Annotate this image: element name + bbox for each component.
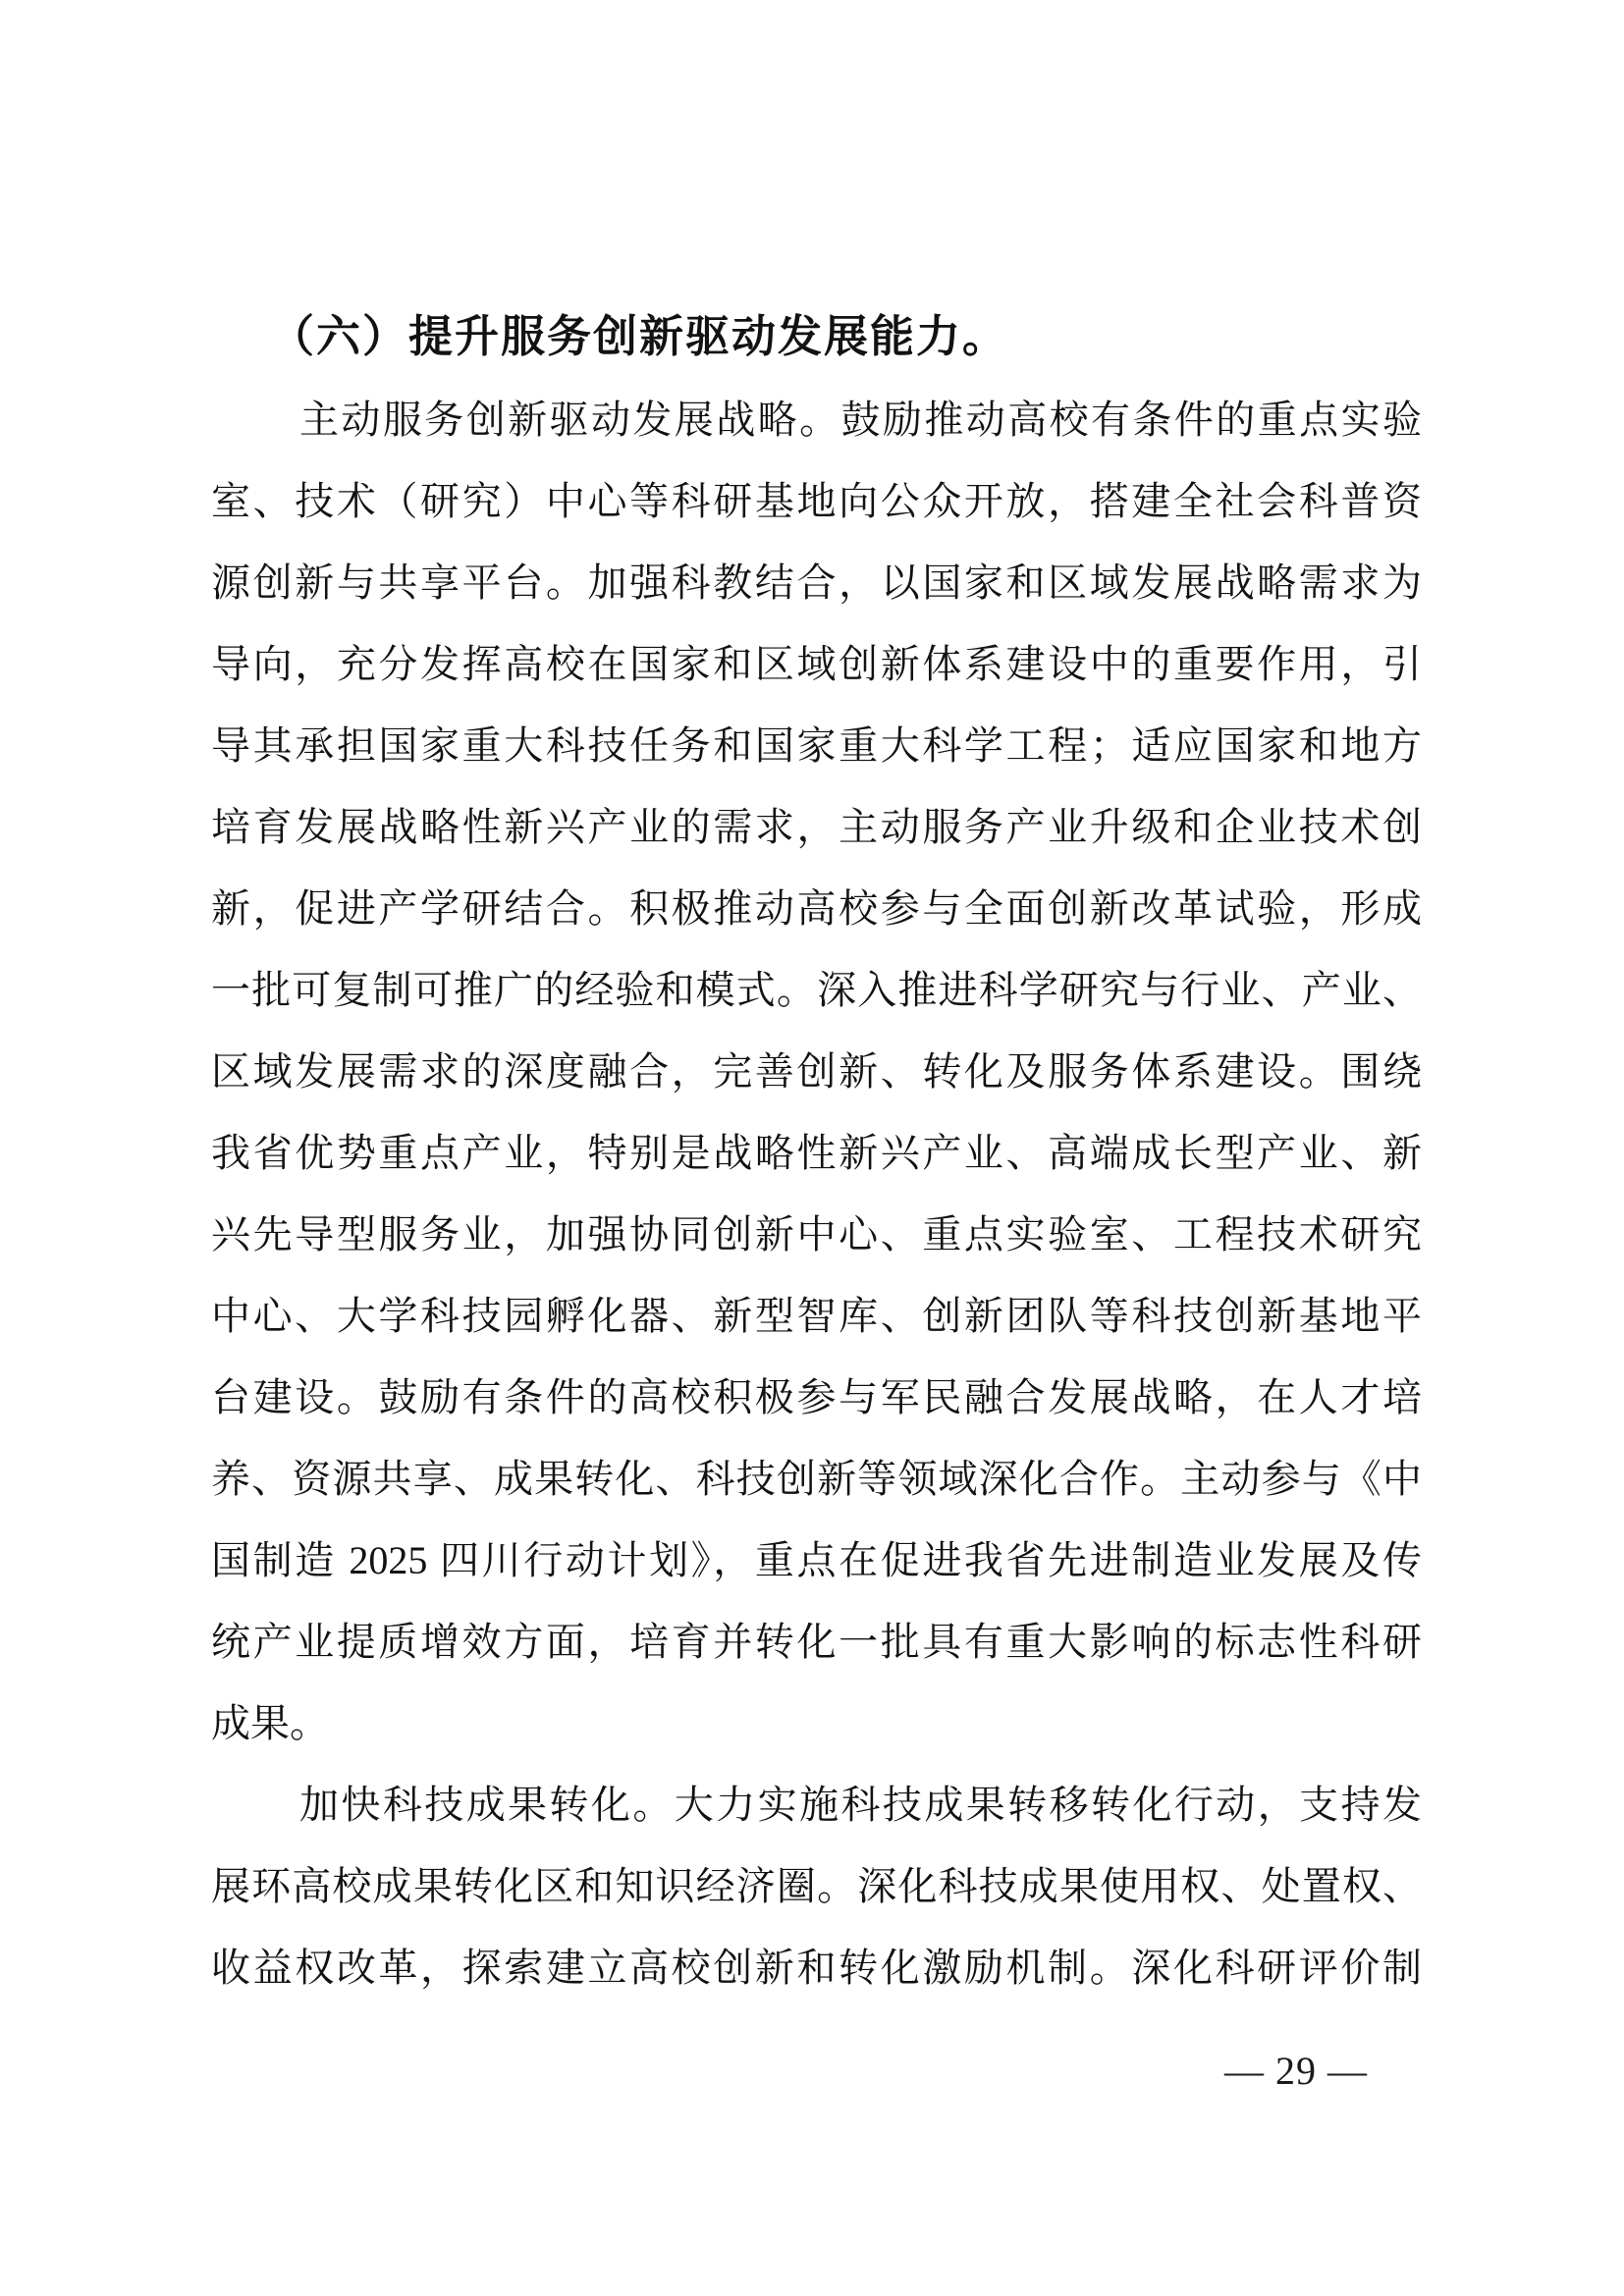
text-line: 培育发展战略性新兴产业的需求，主动服务产业升级和企业技术创 bbox=[211, 786, 1422, 868]
text-line: 我省优势重点产业，特别是战略性新兴产业、高端成长型产业、新 bbox=[211, 1112, 1422, 1194]
paragraph-1: 主动服务创新驱动发展战略。鼓励推动高校有条件的重点实验 室、技术（研究）中心等科… bbox=[211, 379, 1422, 1764]
paragraph-2: 加快科技成果转化。大力实施科技成果转移转化行动，支持发 展环高校成果转化区和知识… bbox=[211, 1764, 1422, 2008]
text-line: 国制造 2025 四川行动计划》，重点在促进我省先进制造业发展及传 bbox=[211, 1520, 1422, 1601]
text-line: 导向，充分发挥高校在国家和区域创新体系建设中的重要作用，引 bbox=[211, 623, 1422, 705]
text-block: （六）提升服务创新驱动发展能力。 主动服务创新驱动发展战略。鼓励推动高校有条件的… bbox=[211, 294, 1422, 2008]
text-line: 主动服务创新驱动发展战略。鼓励推动高校有条件的重点实验 bbox=[211, 379, 1422, 460]
text-line: 区域发展需求的深度融合，完善创新、转化及服务体系建设。围绕 bbox=[211, 1031, 1422, 1112]
text-line: 展环高校成果转化区和知识经济圈。深化科技成果使用权、处置权、 bbox=[211, 1845, 1422, 1927]
text-line: 一批可复制可推广的经验和模式。深入推进科学研究与行业、产业、 bbox=[211, 949, 1422, 1031]
text-line: 源创新与共享平台。加强科教结合，以国家和区域发展战略需求为 bbox=[211, 542, 1422, 623]
text-line: 室、技术（研究）中心等科研基地向公众开放，搭建全社会科普资 bbox=[211, 460, 1422, 542]
text-line: 新，促进产学研结合。积极推动高校参与全面创新改革试验，形成 bbox=[211, 868, 1422, 949]
text-line: 中心、大学科技园孵化器、新型智库、创新团队等科技创新基地平 bbox=[211, 1275, 1422, 1357]
section-heading: （六）提升服务创新驱动发展能力。 bbox=[211, 294, 1422, 379]
text-line: 台建设。鼓励有条件的高校积极参与军民融合发展战略，在人才培 bbox=[211, 1357, 1422, 1438]
page-number: — 29 — bbox=[1224, 2048, 1391, 2095]
text-line: 兴先导型服务业，加强协同创新中心、重点实验室、工程技术研究 bbox=[211, 1194, 1422, 1275]
text-line: 统产业提质增效方面，培育并转化一批具有重大影响的标志性科研 bbox=[211, 1601, 1422, 1682]
document-page: （六）提升服务创新驱动发展能力。 主动服务创新驱动发展战略。鼓励推动高校有条件的… bbox=[0, 0, 1624, 2296]
text-line: 成果。 bbox=[211, 1682, 1422, 1764]
text-line: 加快科技成果转化。大力实施科技成果转移转化行动，支持发 bbox=[211, 1764, 1422, 1845]
text-line: 导其承担国家重大科技任务和国家重大科学工程；适应国家和地方 bbox=[211, 705, 1422, 786]
text-line: 养、资源共享、成果转化、科技创新等领域深化合作。主动参与《中 bbox=[211, 1438, 1422, 1520]
text-line: 收益权改革，探索建立高校创新和转化激励机制。深化科研评价制 bbox=[211, 1927, 1422, 2008]
